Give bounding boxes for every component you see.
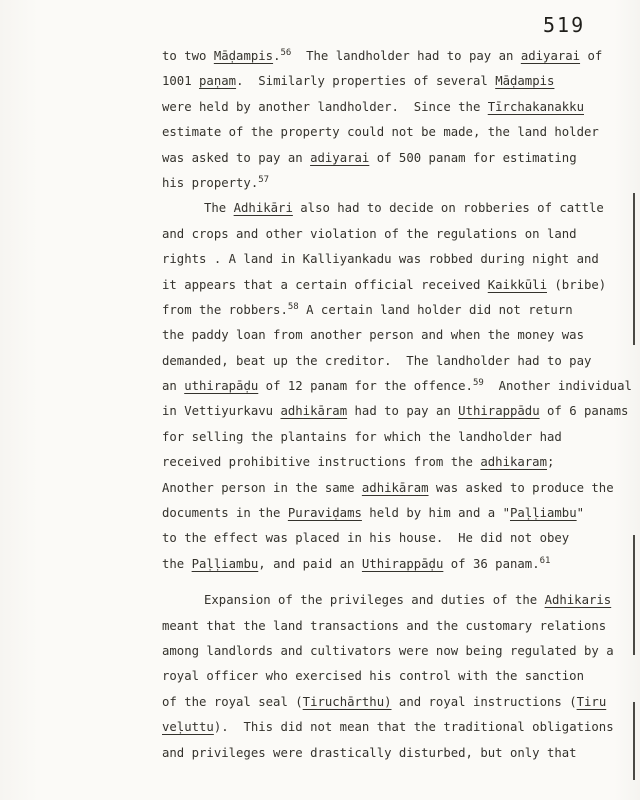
- text-run: of the royal seal (: [162, 695, 303, 709]
- text-line: and crops and other violation of the reg…: [162, 222, 640, 247]
- text-line: estimate of the property could not be ma…: [162, 120, 640, 145]
- text-run: Another individual: [484, 379, 632, 393]
- text-line: The Adhikāri also had to decide on robbe…: [162, 196, 640, 221]
- scan-artifact-line: [633, 702, 635, 780]
- text-run: and crops and other violation of the reg…: [162, 227, 577, 241]
- text-line: in Vettiyurkavu adhikāram had to pay an …: [162, 399, 640, 424]
- underlined-term: Kaikkūli: [488, 278, 547, 292]
- text-line: and privileges were drastically disturbe…: [162, 741, 640, 766]
- text-run: to two: [162, 49, 214, 63]
- text-run: rights . A land in Kalliyankadu was robb…: [162, 252, 599, 266]
- underlined-term: Paḷḷiambu: [510, 506, 577, 520]
- text-line: among landlords and cultivators were now…: [162, 639, 640, 664]
- text-line: demanded, beat up the creditor. The land…: [162, 349, 640, 374]
- footnote-ref: 56: [280, 48, 291, 58]
- text-run: among landlords and cultivators were now…: [162, 644, 614, 658]
- text-line: to the effect was placed in his house. H…: [162, 526, 640, 551]
- underlined-term: Uthirappādu: [458, 404, 539, 418]
- text-run: from the robbers.: [162, 303, 288, 317]
- text-run: in Vettiyurkavu: [162, 404, 280, 418]
- text-run: had to pay an: [347, 404, 458, 418]
- text-line: from the robbers.58 A certain land holde…: [162, 298, 640, 323]
- scan-artifact-line: [633, 535, 635, 655]
- underlined-term: Māḍampis: [495, 74, 554, 88]
- text-line: were held by another landholder. Since t…: [162, 95, 640, 120]
- text-run: Another person in the same: [162, 481, 362, 495]
- text-line: of the royal seal (Tiruchārthu) and roya…: [162, 690, 640, 715]
- text-run: his property.: [162, 176, 258, 190]
- text-run: the paddy loan from another person and w…: [162, 328, 584, 342]
- text-line: to two Māḍampis.56 The landholder had to…: [162, 44, 640, 69]
- text-run: and royal instructions (: [392, 695, 577, 709]
- text-run: the: [162, 557, 192, 571]
- text-line: the paddy loan from another person and w…: [162, 323, 640, 348]
- text-line: Expansion of the privileges and duties o…: [162, 588, 640, 613]
- underlined-term: Uthirappāḍu: [362, 557, 443, 571]
- text-run: it appears that a certain official recei…: [162, 278, 488, 292]
- text-run: of 6 panams: [540, 404, 629, 418]
- footnote-ref: 57: [258, 175, 269, 185]
- text-run: Expansion of the privileges and duties o…: [204, 593, 545, 607]
- text-run: was asked to pay an: [162, 151, 310, 165]
- text-run: estimate of the property could not be ma…: [162, 125, 599, 139]
- text-run: A certain land holder did not return: [299, 303, 573, 317]
- text-run: 1001: [162, 74, 199, 88]
- text-run: and privileges were drastically disturbe…: [162, 746, 577, 760]
- text-line: royal officer who exercised his control …: [162, 664, 640, 689]
- text-run: meant that the land transactions and the…: [162, 619, 606, 633]
- text-run: . Similarly properties of several: [236, 74, 495, 88]
- page-number: 519: [543, 13, 585, 37]
- text-run: royal officer who exercised his control …: [162, 669, 584, 683]
- text-line: documents in the Puraviḍams held by him …: [162, 501, 640, 526]
- underlined-term: uthirapāḍu: [184, 379, 258, 393]
- footnote-ref: 61: [540, 556, 551, 566]
- paragraph: to two Māḍampis.56 The landholder had to…: [162, 44, 640, 196]
- underlined-term: Paḷḷiambu: [192, 557, 259, 571]
- text-run: , and paid an: [258, 557, 362, 571]
- underlined-term: adhikāram: [362, 481, 429, 495]
- footnote-ref: 59: [473, 378, 484, 388]
- text-run: (bribe): [547, 278, 606, 292]
- text-run: of 36 panam.: [443, 557, 539, 571]
- text-line: veḷuttu). This did not mean that the tra…: [162, 715, 640, 740]
- underlined-term: adhikaram: [480, 455, 547, 469]
- text-run: of 500 panam for estimating: [369, 151, 576, 165]
- text-run: demanded, beat up the creditor. The land…: [162, 354, 591, 368]
- text-run: also had to decide on robberies of cattl…: [293, 201, 604, 215]
- underlined-term: adiyarai: [310, 151, 369, 165]
- underlined-term: Adhikāri: [234, 201, 293, 215]
- text-run: of 12 panam for the offence.: [258, 379, 473, 393]
- underlined-term: adiyarai: [521, 49, 580, 63]
- text-run: of: [580, 49, 602, 63]
- text-run: held by him and a ": [362, 506, 510, 520]
- text-line: received prohibitive instructions from t…: [162, 450, 640, 475]
- scanned-page: 519 to two Māḍampis.56 The landholder ha…: [0, 0, 640, 800]
- underlined-term: Adhikaris: [545, 593, 612, 607]
- text-run: for selling the plantains for which the …: [162, 430, 562, 444]
- paragraph: Expansion of the privileges and duties o…: [162, 588, 640, 766]
- text-line: was asked to pay an adiyarai of 500 pana…: [162, 146, 640, 171]
- underlined-term: Māḍampis: [214, 49, 273, 63]
- text-run: documents in the: [162, 506, 288, 520]
- text-run: The: [204, 201, 234, 215]
- text-run: ": [577, 506, 584, 520]
- underlined-term: Tiruchārthu): [303, 695, 392, 709]
- underlined-term: Tiru: [577, 695, 607, 709]
- text-line: meant that the land transactions and the…: [162, 614, 640, 639]
- text-line: the Paḷḷiambu, and paid an Uthirappāḍu o…: [162, 552, 640, 577]
- text-line: for selling the plantains for which the …: [162, 425, 640, 450]
- text-run: received prohibitive instructions from t…: [162, 455, 480, 469]
- text-run: The landholder had to pay an: [291, 49, 521, 63]
- text-line: an uthirapāḍu of 12 panam for the offenc…: [162, 374, 640, 399]
- text-run: ). This did not mean that the traditiona…: [214, 720, 614, 734]
- footnote-ref: 58: [288, 302, 299, 312]
- text-line: rights . A land in Kalliyankadu was robb…: [162, 247, 640, 272]
- underlined-term: Tīrchakanakku: [488, 100, 584, 114]
- underlined-term: adhikāram: [280, 404, 347, 418]
- text-line: Another person in the same adhikāram was…: [162, 476, 640, 501]
- text-line: 1001 paṇam. Similarly properties of seve…: [162, 69, 640, 94]
- paragraph: The Adhikāri also had to decide on robbe…: [162, 196, 640, 577]
- text-run: was asked to produce the: [429, 481, 614, 495]
- underlined-term: Puraviḍams: [288, 506, 362, 520]
- underlined-term: veḷuttu: [162, 720, 214, 734]
- scan-artifact-line: [633, 193, 635, 345]
- text-run: ;: [547, 455, 554, 469]
- text-block: to two Māḍampis.56 The landholder had to…: [162, 44, 640, 766]
- text-run: an: [162, 379, 184, 393]
- underlined-term: paṇam: [199, 74, 236, 88]
- text-line: it appears that a certain official recei…: [162, 273, 640, 298]
- text-run: were held by another landholder. Since t…: [162, 100, 488, 114]
- text-run: to the effect was placed in his house. H…: [162, 531, 569, 545]
- text-line: his property.57: [162, 171, 640, 196]
